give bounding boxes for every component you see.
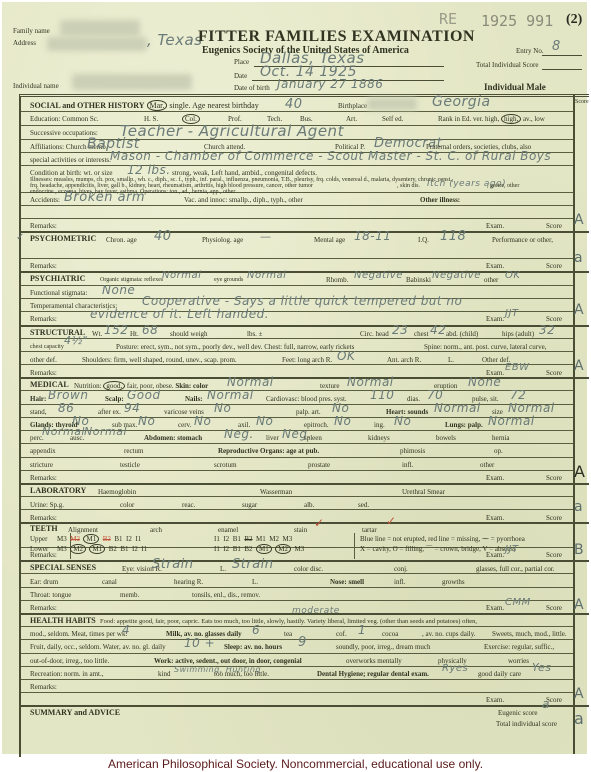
form-title: FITTER FAMILIES EXAMINATION — [198, 28, 475, 46]
condition-label: Condition at birth: wt. or size — [30, 169, 112, 177]
total-score-label: Total Individual Score — [476, 61, 539, 69]
upper-teeth-right: I1 I2 B1 B2 M1 M2 M3 — [214, 535, 292, 543]
teeth-legend-line1: Blue line = not erupted, red line = miss… — [360, 535, 525, 543]
tartar-check-icon: ✓ — [386, 517, 397, 525]
accidents-value: Broken arm — [64, 191, 145, 205]
family-name-label: Family name — [13, 27, 50, 35]
footer-credit: American Philosophical Society. Noncomme… — [0, 757, 591, 771]
laboratory-score: a — [574, 499, 583, 515]
redacted-individual-name — [72, 74, 192, 90]
stamp-number: 1925 991 — [481, 12, 553, 30]
special-value: Mason - Chamber of Commerce - Scout Mast… — [110, 150, 551, 163]
marital-selected[interactable]: Mar. — [147, 100, 168, 111]
special-senses-heading: SPECIAL SENSES — [30, 564, 96, 572]
special-senses-score: A — [574, 597, 584, 613]
nutrition-selected[interactable]: good, — [103, 381, 125, 391]
education-label: Education: Common Sc. — [30, 115, 99, 123]
date-label: Date — [234, 72, 247, 80]
psychometric-score: a — [574, 250, 583, 266]
teeth-heading: TEETH — [30, 525, 58, 533]
social-heading: SOCIAL and OTHER HISTORY — [30, 101, 145, 110]
condition-value: 12 lbs. — [127, 164, 171, 177]
social-score: A — [574, 212, 584, 228]
dob-value: January 27 1886 — [277, 78, 383, 91]
dob-label: Date of birth — [234, 84, 270, 92]
special-label: special activities or interests. — [30, 156, 111, 164]
birthplace-label: Birthplace — [338, 102, 367, 110]
stain-check-icon: ✓ — [314, 519, 325, 527]
redacted-birthplace — [367, 98, 417, 110]
stamp-suffix: (2) — [566, 12, 582, 28]
total-individual-score: a — [574, 709, 584, 728]
upper-teeth-left: M3 M2 M1 B2 B1 I2 I1 — [57, 535, 141, 543]
place-label: Place — [234, 58, 249, 66]
laboratory-heading: LABORATORY — [30, 487, 86, 495]
check-mark-icon: ✓ — [16, 234, 25, 242]
individual-type: Individual Male — [484, 83, 546, 91]
teeth-score: B — [574, 542, 584, 558]
psychiatric-score: A — [574, 302, 584, 318]
rank-selected[interactable]: high, — [501, 114, 521, 124]
physiolog-age-value: — — [260, 233, 272, 241]
entry-label: Entry No. — [516, 47, 544, 55]
entry-value: 8 — [552, 40, 561, 54]
individual-name-label: Individual name — [13, 82, 59, 90]
examination-form: Family name Address , Texas Individual n… — [2, 2, 587, 754]
score-column — [573, 94, 589, 754]
mental-age-value: 18-11 — [354, 230, 391, 243]
redacted-address — [47, 37, 147, 51]
chron-age-value: 40 — [154, 230, 172, 244]
lower-teeth-left: M3 M2 M1 B2 B1 I2 I1 — [57, 545, 147, 553]
address-label: Address — [13, 39, 36, 47]
psychometric-heading: PSYCHOMETRIC — [30, 235, 96, 243]
lower-teeth-right: I1 I2 B1 B2 M1 M2 M3 — [214, 545, 304, 553]
health-habits-score: A — [574, 686, 584, 702]
birthplace-value: Georgia — [432, 95, 491, 110]
accidents-label: Accidents: — [30, 196, 60, 204]
structural-score: A — [574, 358, 584, 374]
health-habits-heading: HEALTH HABITS — [30, 617, 96, 625]
psychiatric-heading: PSYCHIATRIC — [30, 275, 85, 283]
condition-rest: strong, weak, Left hand, ambid., congeni… — [172, 169, 317, 177]
stamp-prefix: RE — [439, 10, 457, 28]
summary-heading: SUMMARY and ADVICE — [30, 709, 120, 717]
address-value: , Texas — [147, 32, 202, 48]
age-value: 40 — [285, 98, 303, 112]
occupations-value: Teacher - Agricultural Agent — [120, 123, 344, 139]
medical-score: A — [574, 462, 585, 481]
redacted-family-name — [60, 20, 140, 36]
iq-value: 118 — [440, 230, 466, 244]
other-illness-label: Other illness: — [420, 196, 460, 204]
vac-label: Vac. and innoc: smallp., diph., typh., o… — [184, 196, 303, 204]
score-column-label: Score — [575, 98, 589, 106]
